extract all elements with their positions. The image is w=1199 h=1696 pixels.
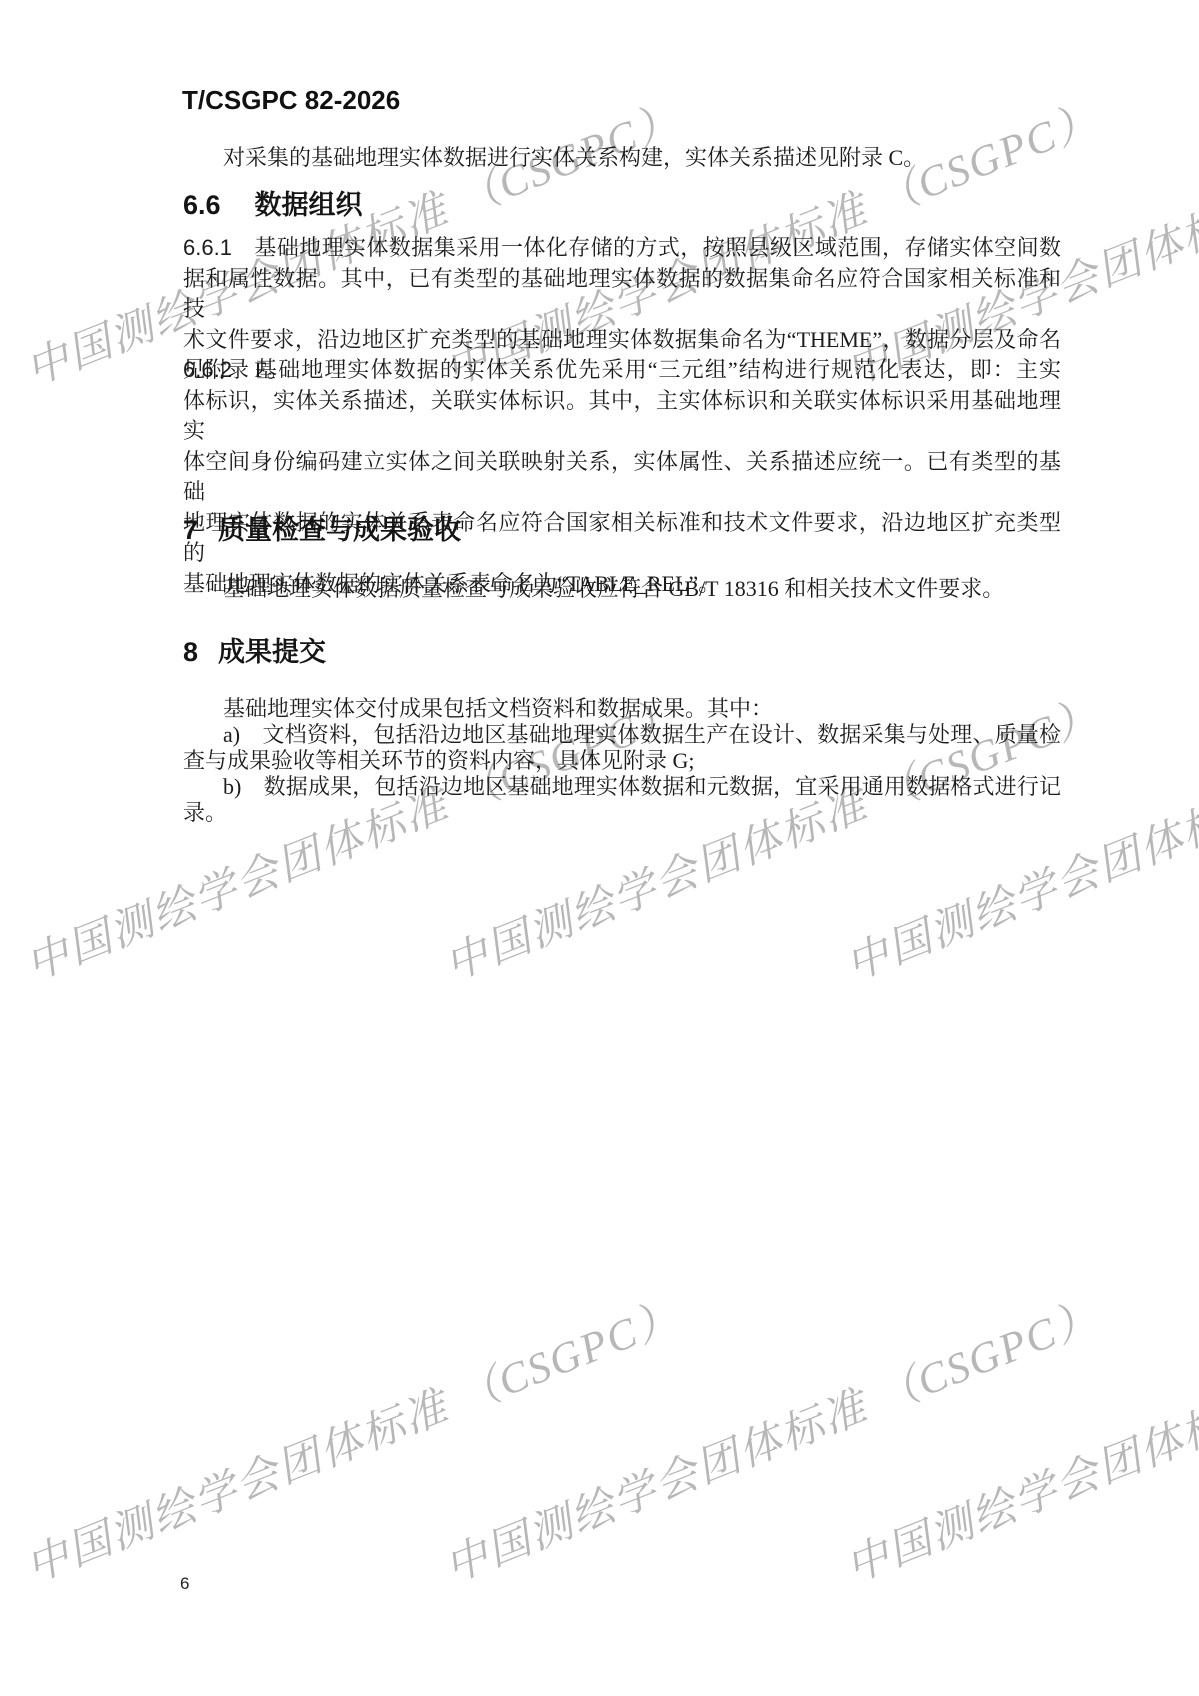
clause-line: 体空间身份编码建立实体之间关联映射关系，实体属性、关系描述应统一。已有类型的基础 (183, 447, 1061, 508)
heading-title: 数据组织 (255, 190, 363, 220)
page-number: 6 (180, 1574, 189, 1594)
clause-line: 体标识，实体关系描述，关联实体标识。其中，主实体标识和关联实体标识采用基础地理实 (183, 386, 1061, 447)
heading-6-6: 6.6数据组织 (183, 190, 1061, 220)
paragraph-line: b) 数据成果，包括沿边地区基础地理实体数据和元数据，宜采用通用数据格式进行记 (183, 774, 1061, 800)
paragraph-line: 基础地理实体交付成果包括文档资料和数据成果。其中： (183, 696, 1061, 722)
paragraph-entity-relation: 对采集的基础地理实体数据进行实体关系构建，实体关系描述见附录 C。 (183, 143, 1061, 174)
clause-text: 基础地理实体数据的实体关系优先采用“三元组”结构进行规范化表达，即：主实 (254, 357, 1061, 382)
paragraph-line: 录。 (183, 800, 1061, 826)
heading-number: 7 (183, 515, 198, 545)
paragraph-line: a) 文档资料，包括沿边地区基础地理实体数据生产在设计、数据采集与处理、质量检 (183, 722, 1061, 748)
paragraph-quality-check: 基础地理实体数据质量检查与成果验收应符合 GB/T 18316 和相关技术文件要… (183, 574, 1061, 605)
heading-8: 8成果提交 (183, 637, 1061, 667)
paragraph-deliverables: 基础地理实体交付成果包括文档资料和数据成果。其中： a) 文档资料，包括沿边地区… (183, 696, 1061, 826)
clause-line: 6.6.1基础地理实体数据集采用一体化存储的方式，按照县级区域范围，存储实体空间… (183, 233, 1061, 264)
clause-line: 6.6.2基础地理实体数据的实体关系优先采用“三元组”结构进行规范化表达，即：主… (183, 355, 1061, 386)
clause-number: 6.6.2 (183, 357, 232, 382)
paragraph-line: 对采集的基础地理实体数据进行实体关系构建，实体关系描述见附录 C。 (183, 143, 1061, 174)
paragraph-line: 查与成果验收等相关环节的资料内容，具体见附录 G; (183, 748, 1061, 774)
clause-line: 据和属性数据。其中，已有类型的基础地理实体数据的数据集命名应符合国家相关标准和技 (183, 264, 1061, 325)
heading-number: 6.6 (183, 190, 221, 220)
clause-text: 基础地理实体数据集采用一体化存储的方式，按照县级区域范围，存储实体空间数 (254, 235, 1061, 260)
page-content: T/CSGPC 82-2026 对采集的基础地理实体数据进行实体关系构建，实体关… (0, 0, 1199, 1696)
heading-title: 质量检查与成果验收 (218, 515, 461, 545)
clause-6-6-2: 6.6.2基础地理实体数据的实体关系优先采用“三元组”结构进行规范化表达，即：主… (183, 355, 1061, 599)
heading-7: 7质量检查与成果验收 (183, 515, 1061, 545)
paragraph-line: 基础地理实体数据质量检查与成果验收应符合 GB/T 18316 和相关技术文件要… (183, 574, 1061, 605)
clause-number: 6.6.1 (183, 235, 232, 260)
heading-number: 8 (183, 637, 198, 667)
doc-code: T/CSGPC 82-2026 (182, 86, 400, 114)
document-page: 中国测绘学会团体标准 （CSGPC） 中国测绘学会团体标准 （CSGPC） 中国… (0, 0, 1199, 1696)
heading-title: 成果提交 (218, 637, 326, 667)
clause-line: 术文件要求，沿边地区扩充类型的基础地理实体数据集命名为“THEME”，数据分层及… (183, 325, 1061, 356)
